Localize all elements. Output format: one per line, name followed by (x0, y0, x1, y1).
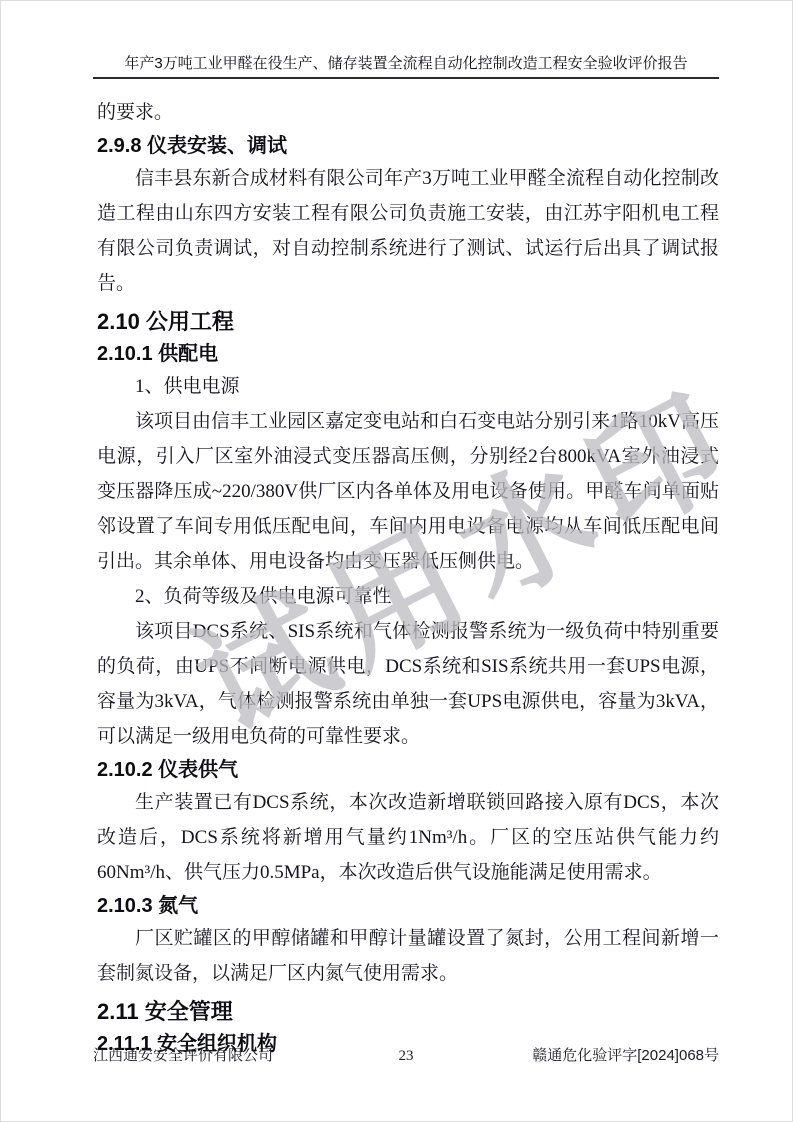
section-heading-2-10-3: 2.10.3 氮气 (97, 893, 719, 920)
list-item-heading: 1、供电电源 (97, 369, 719, 404)
paragraph: 生产装置已有DCS系统，本次改造新增联锁回路接入原有DCS，本次改造后，DCS系… (97, 785, 719, 890)
footer-page-number: 23 (343, 1046, 468, 1066)
footer-document-number: 赣通危化验评字[2024]068号 (469, 1046, 719, 1066)
document-body: 的要求。 2.9.8 仪表安装、调试 信丰县东新合成材料有限公司年产3万吨工业甲… (97, 95, 719, 1059)
footer-company-name: 江西通安安全评价有限公司 (93, 1046, 343, 1066)
paragraph: 该项目由信丰工业园区嘉定变电站和白石变电站分别引来1路10kV高压电源，引入厂区… (97, 404, 719, 579)
section-heading-2-10-1: 2.10.1 供配电 (97, 341, 719, 368)
paragraph: 信丰县东新合成材料有限公司年产3万吨工业甲醛全流程自动化控制改造工程由山东四方安… (97, 161, 719, 301)
page-footer: 江西通安安全评价有限公司 23 赣通危化验评字[2024]068号 (93, 1046, 719, 1066)
section-heading-2-9-8: 2.9.8 仪表安装、调试 (97, 133, 719, 160)
paragraph: 厂区贮罐区的甲醇储罐和甲醇计量罐设置了氮封，公用工程间新增一套制氮设备，以满足厂… (97, 921, 719, 991)
section-heading-2-10: 2.10 公用工程 (97, 307, 719, 337)
header-rule (93, 77, 719, 79)
section-heading-2-10-2: 2.10.2 仪表供气 (97, 757, 719, 784)
page-header-title: 年产3万吨工业甲醛在役生产、储存装置全流程自动化控制改造工程安全验收评价报告 (93, 54, 719, 74)
paragraph-continuation: 的要求。 (97, 95, 719, 130)
document-page: 年产3万吨工业甲醛在役生产、储存装置全流程自动化控制改造工程安全验收评价报告 的… (0, 0, 793, 1122)
list-item-heading: 2、负荷等级及供电电源可靠性 (97, 579, 719, 614)
section-heading-2-11: 2.11 安全管理 (97, 997, 719, 1027)
paragraph: 该项目DCS系统、SIS系统和气体检测报警系统为一级负荷中特别重要的负荷，由UP… (97, 614, 719, 754)
